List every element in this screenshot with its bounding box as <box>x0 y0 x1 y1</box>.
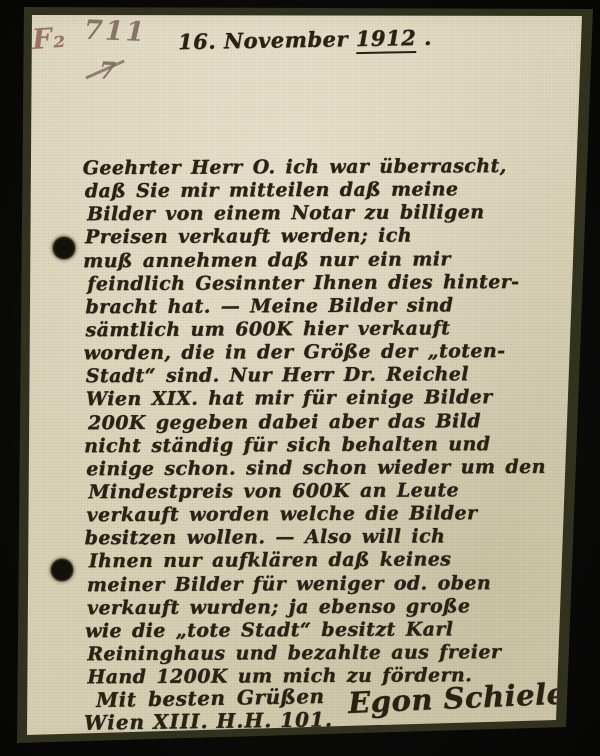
letter-body: Geehrter Herr O. ich war überrascht, daß… <box>85 155 563 690</box>
letter-line: Stadt“ sind. Nur Herr Dr. Reichel <box>86 363 561 389</box>
letter-line: Ihnen nur aufklären daß keines <box>89 548 562 574</box>
punch-hole-top <box>47 231 81 265</box>
letter-line: Geehrter Herr O. ich war überrascht, <box>83 155 560 181</box>
letter-line: verkauft wurden; ja ebenso große <box>87 594 562 620</box>
letter-date-year: 1912 <box>356 25 417 54</box>
letter-line: nicht ständig für sich behalten und <box>84 432 561 458</box>
letter-line: Mindestpreis von 600K an Leute <box>88 479 561 505</box>
letter-line: meiner Bilder für weniger od. oben <box>87 571 562 597</box>
letter-line: 200K gegeben dabei aber das Bild <box>88 409 561 435</box>
letter-line: wie die „tote Stadt“ besitzt Karl <box>85 618 562 644</box>
archive-mark-f2: F₂ <box>31 21 67 56</box>
letter-line: daß Sie mir mitteilen daß meine <box>85 178 560 204</box>
letter-line: Bilder von einem Notar zu billigen <box>87 201 560 227</box>
letter-paper: F₂ 711 7 16. November 1912 . Geehrter He… <box>0 0 600 756</box>
letter-line: Preisen verkauft werden; ich <box>85 224 560 250</box>
letter-line: sämtlich um 600K hier verkauft <box>85 317 560 343</box>
punch-hole-bottom <box>45 553 79 587</box>
letter-line: bracht hat. — Meine Bilder sind <box>85 294 560 320</box>
letter-date: 16. November 1912 . <box>178 25 432 54</box>
letter-date-prefix: 16. November <box>178 26 356 54</box>
letter-line: worden, die in der Größe der „toten- <box>84 340 561 366</box>
letter-line: Reininghaus und bezahlte aus freier <box>87 641 562 667</box>
letter-line: einige schon. sind schon wieder um den <box>86 456 561 482</box>
letter-line: besitzen wollen. — Also will ich <box>85 525 562 551</box>
letter-line: feindlich Gesinnter Ihnen dies hinter- <box>87 270 560 296</box>
letter-line: muß annehmen daß nur ein mir <box>83 247 560 273</box>
archive-mark-numerator: 711 <box>83 15 146 48</box>
archive-mark-denominator: 7 <box>98 56 116 86</box>
letter-line: Wien XIX. hat mir für einige Bilder <box>86 386 561 412</box>
letter-date-period: . <box>416 25 432 50</box>
letter-line: verkauft worden welche die Bilder <box>86 502 561 528</box>
